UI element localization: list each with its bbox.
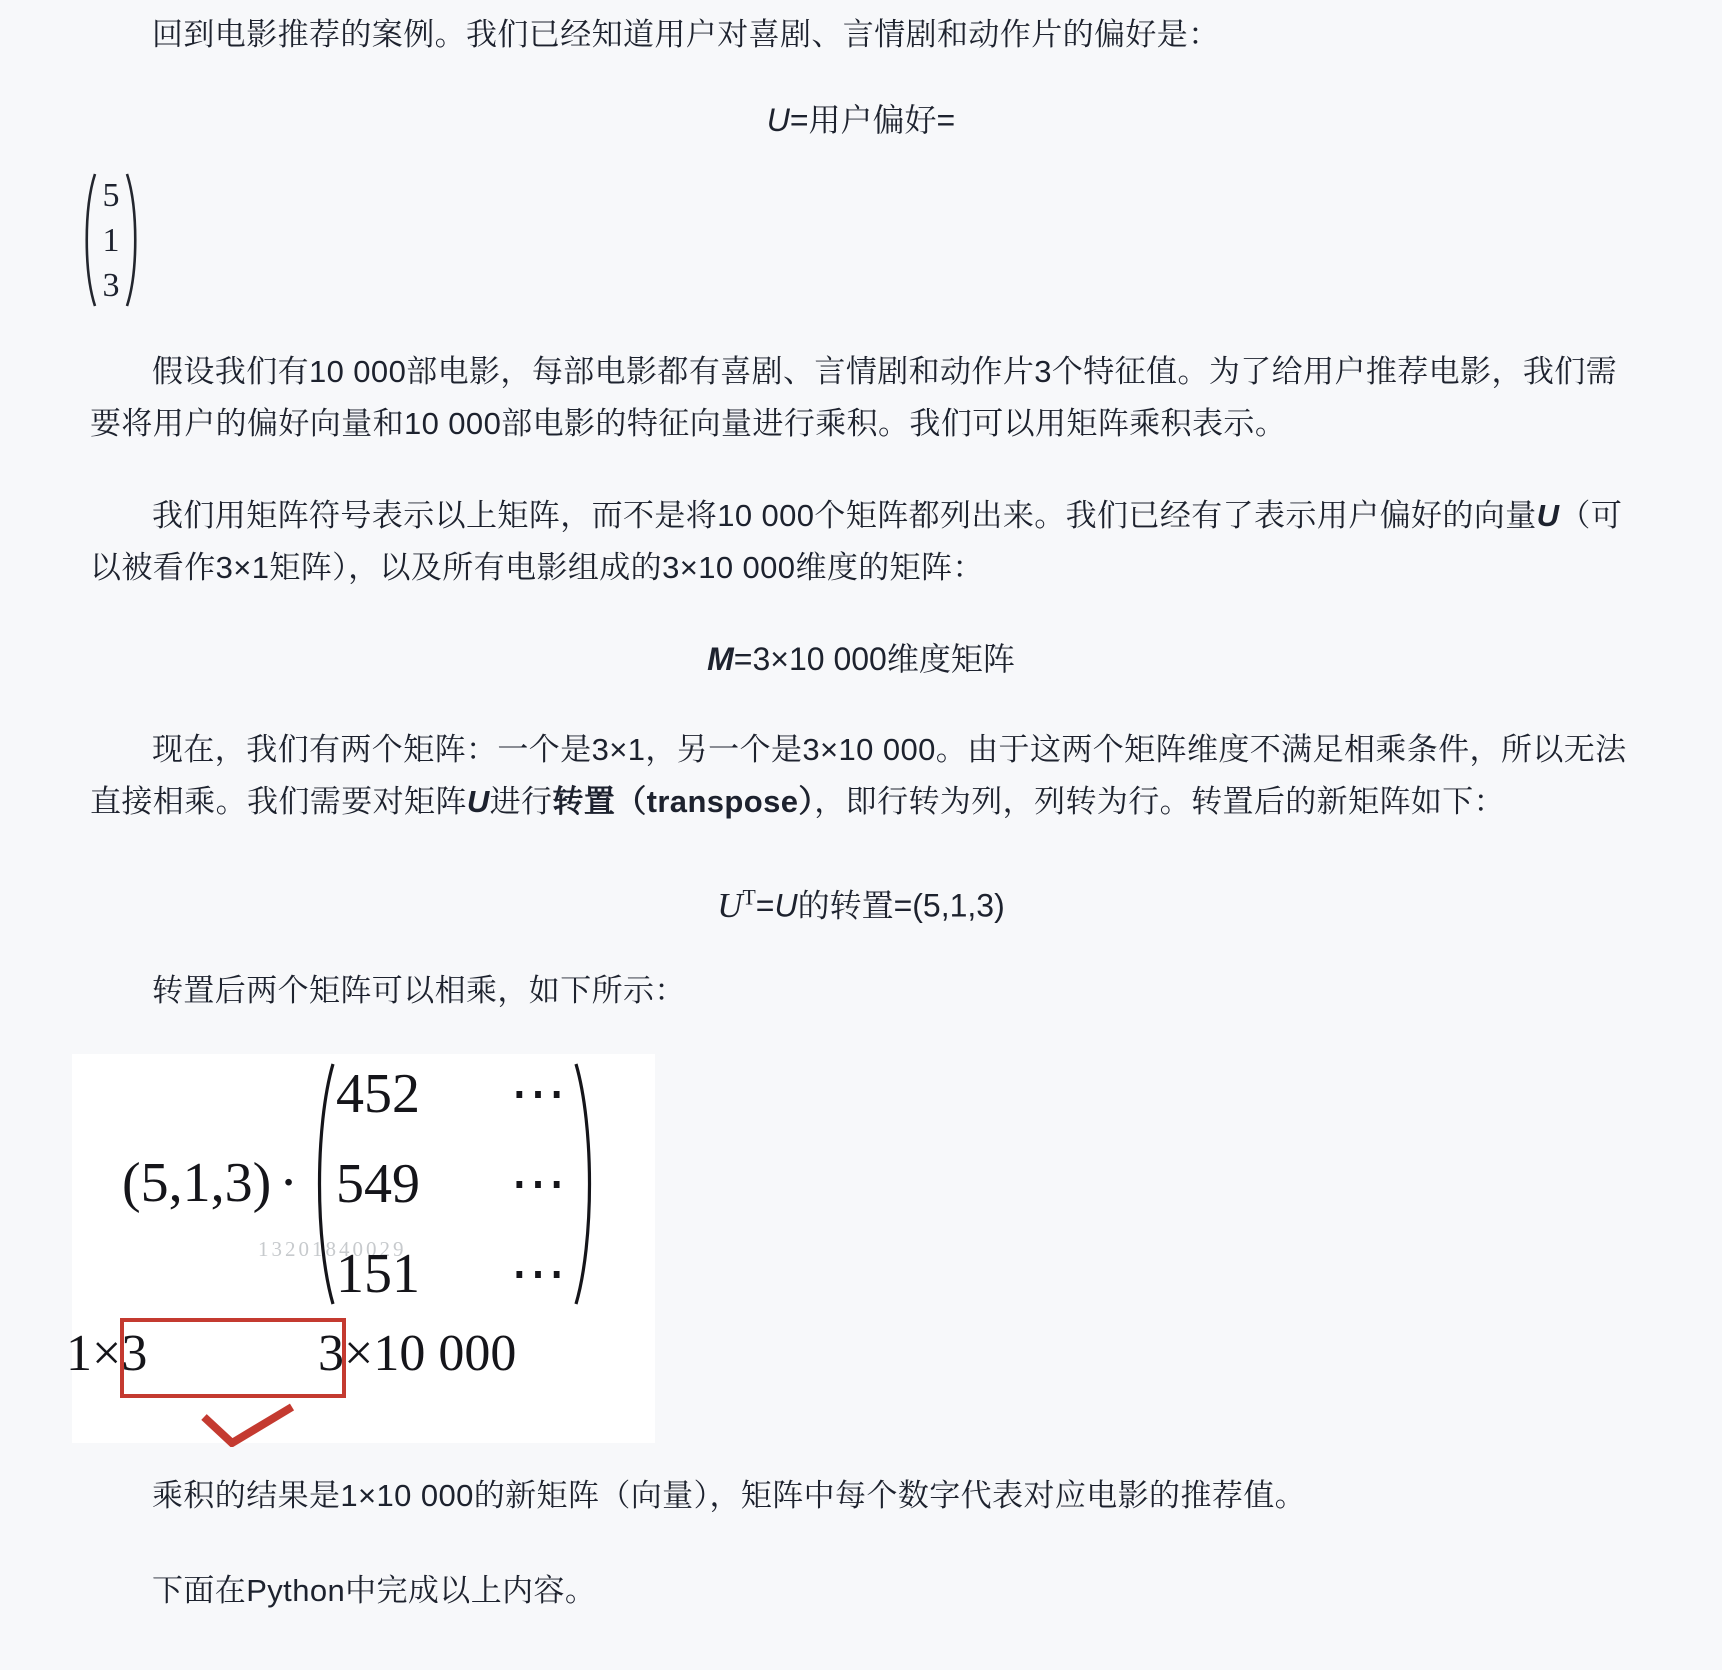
formula-transpose-rest: 的转置=(5,1,3) <box>798 888 1005 924</box>
matrix-right-paren-icon <box>572 1058 600 1310</box>
right-paren-icon <box>124 170 142 310</box>
math-var-m: M <box>707 641 734 677</box>
transpose-term-bold: 转置（transpose） <box>552 784 814 819</box>
row-vector-operand: (5,1,3)· <box>122 1151 298 1215</box>
equals-sign: = <box>756 888 775 924</box>
formula-matrix-m: M=3×10 000维度矩阵 <box>90 633 1632 685</box>
dimension-label-right: 3×10 000 <box>318 1326 516 1382</box>
paragraph-intro: 回到电影推荐的案例。我们已经知道用户对喜剧、言情剧和动作片的偏好是： <box>90 9 1632 61</box>
paragraph-movies: 假设我们有10 000部电影，每部电影都有喜剧、言情剧和动作片3个特征值。为了给… <box>90 346 1632 450</box>
document-page: 回到电影推荐的案例。我们已经知道用户对喜剧、言情剧和动作片的偏好是： U=用户偏… <box>0 0 1722 1617</box>
matrix-cell: 452 <box>336 1066 420 1122</box>
row-vector-text: (5,1,3) <box>122 1152 271 1214</box>
paragraph-transpose-post: ，即行转为列，列转为行。转置后的新矩阵如下： <box>814 784 1505 819</box>
paragraph-matrix-notation-pre: 我们用矩阵符号表示以上矩阵，而不是将10 000个矩阵都列出来。我们已经有了表示… <box>152 498 1537 533</box>
formula-matrix-m-rest: =3×10 000维度矩阵 <box>734 641 1015 677</box>
formula-user-preference: U=用户偏好= <box>90 94 1632 146</box>
ellipsis-dots: ⋯ <box>510 1066 566 1122</box>
matrix-cell: 549 <box>336 1156 420 1212</box>
math-var-u: U <box>767 102 790 138</box>
paragraph-transpose-mid: 进行 <box>490 784 553 819</box>
formula-user-preference-rest: =用户偏好= <box>790 102 955 138</box>
ellipsis-dots: ⋯ <box>510 1246 566 1302</box>
paragraph-result: 乘积的结果是1×10 000的新矩阵（向量），矩阵中每个数字代表对应电影的推荐值… <box>90 1470 1632 1522</box>
preference-column-vector: 5 1 3 <box>80 170 144 310</box>
math-var-u: U <box>774 888 797 924</box>
dot-operator: · <box>271 1152 298 1214</box>
vector-values: 5 1 3 <box>98 173 124 308</box>
paragraph-python-next: 下面在Python中完成以上内容。 <box>90 1565 1632 1617</box>
math-var-u: U <box>467 784 490 819</box>
superscript-t: T <box>743 885 756 909</box>
formula-transpose: UT=U的转置=(5,1,3) <box>90 871 1632 932</box>
matrix-left-paren-icon <box>309 1058 337 1310</box>
matrix-product-figure: 13201840029 (5,1,3)· 452 549 151 ⋯ ⋯ ⋯ 1… <box>72 1054 655 1443</box>
vector-value: 1 <box>98 218 124 263</box>
paragraph-transpose: 现在，我们有两个矩阵：一个是3×1，另一个是3×10 000。由于这两个矩阵维度… <box>90 724 1632 828</box>
left-paren-icon <box>80 170 98 310</box>
checkmark-icon <box>198 1403 298 1447</box>
paragraph-multiply-intro: 转置后两个矩阵可以相乘，如下所示： <box>90 965 1632 1017</box>
paragraph-matrix-notation: 我们用矩阵符号表示以上矩阵，而不是将10 000个矩阵都列出来。我们已经有了表示… <box>90 490 1632 594</box>
matrix-cell: 151 <box>336 1246 420 1302</box>
math-var-u: U <box>717 886 742 925</box>
math-u-transpose: UT <box>717 886 756 925</box>
math-var-u: U <box>1537 498 1560 533</box>
inner-dimensions-highlight-box <box>120 1318 346 1398</box>
ellipsis-dots: ⋯ <box>510 1156 566 1212</box>
vector-value: 3 <box>98 263 124 308</box>
vector-value: 5 <box>98 173 124 218</box>
